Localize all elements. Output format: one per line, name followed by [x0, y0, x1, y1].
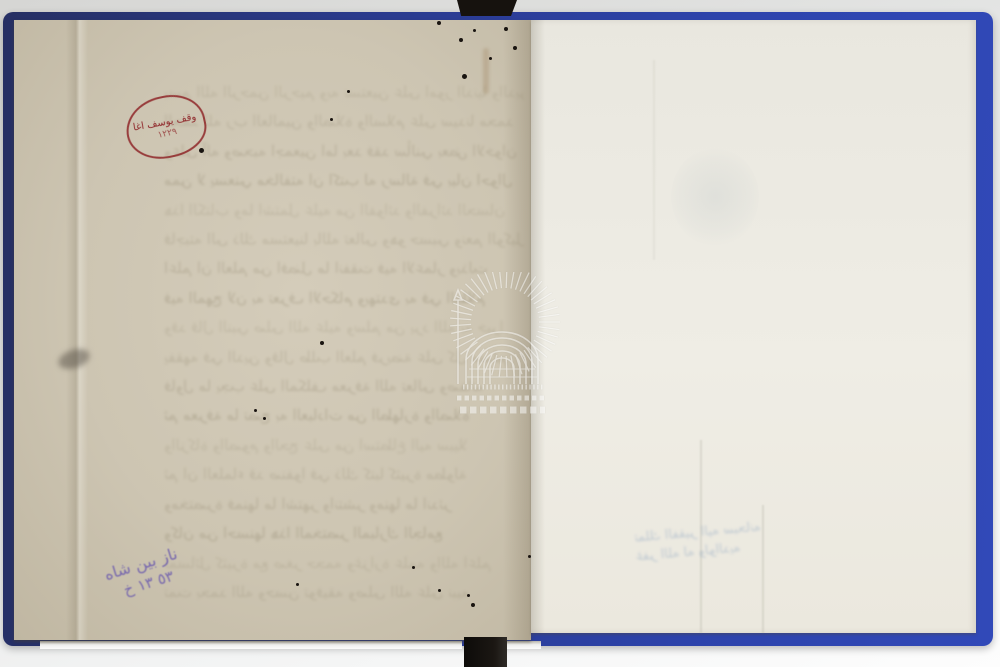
showthrough-line: فاجبته الى ذلك مستعينا بالله تعالى وهو ح… — [164, 225, 524, 254]
showthrough-line: وعلى آله وصحبه اجمعين اما بعد فقد سألني … — [164, 137, 524, 166]
showthrough-line: ثم ان العلماء قد صنفوا في ذلك كتبا كثيرة… — [164, 460, 524, 489]
table-edge-sliver — [40, 641, 462, 649]
binding-strap-bottom — [464, 637, 507, 667]
showthrough-line: ومختصرة فمنها ما اشتهر وانتشر ومنها ما ا… — [164, 490, 524, 519]
library-watermark-icon — [427, 272, 577, 422]
binding-strap-top — [457, 0, 517, 16]
showthrough-line: هذا الكتاب وما اشتمل عليه من الفوائد وال… — [164, 196, 524, 225]
showthrough-line: ممن لا يسعني مخالفته ان اكتب له رسالة في… — [164, 166, 524, 195]
showthrough-line: بسم الله الرحمن الرحيم وبه نستعين على ام… — [164, 78, 524, 107]
showthrough-line: وكان من احسنها هذا المختصر المبارك الجام… — [164, 519, 524, 548]
showthrough-note: تملك الفقير اليه سبحانهغفر الله له ولوال… — [634, 518, 764, 567]
showthrough-line: تمت بحمد الله وحسن توفيقه وصلى الله على … — [164, 578, 524, 607]
showthrough-line: لمسائل كثيرة مع صغر حجمه وغزارة علمه وال… — [164, 549, 524, 578]
table-edge-sliver — [505, 641, 541, 649]
stamp-showthrough-blotch — [671, 148, 759, 246]
paper-crease — [762, 505, 764, 633]
stain-drip — [483, 48, 489, 94]
showthrough-line: والزكاة والصوم والحج على من استطاع اليه … — [164, 431, 524, 460]
paper-crease — [653, 60, 655, 260]
page-fold-crease — [66, 20, 88, 640]
open-manuscript-photo: بسم الله الرحمن الرحيم وبه نستعين على ام… — [0, 0, 1000, 667]
right-blank-page: تملك الفقير اليه سبحانهغفر الله له ولوال… — [531, 20, 976, 633]
showthrough-line: الحمد لله رب العالمين والصلاة والسلام عل… — [164, 107, 524, 136]
